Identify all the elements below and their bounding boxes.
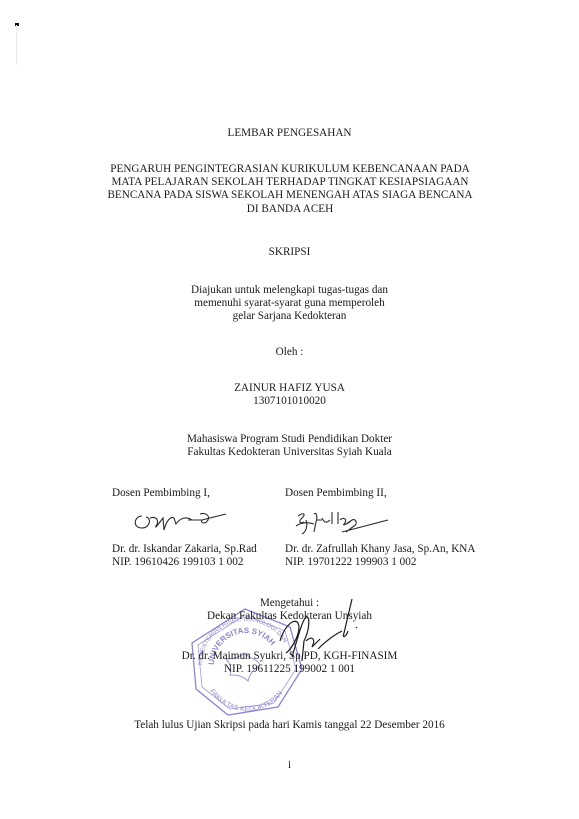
program-block: Mahasiswa Program Studi Pendidikan Dokte… bbox=[0, 433, 579, 459]
page-heading: LEMBAR PENGESAHAN bbox=[0, 127, 579, 140]
svg-text:FAKULTAS KEDOKTERAN: FAKULTAS KEDOKTERAN bbox=[208, 688, 284, 713]
advisor-2-nip: NIP. 19701222 199903 1 002 bbox=[285, 556, 475, 569]
purpose-line: memenuhi syarat-syarat guna memperoleh bbox=[0, 297, 579, 310]
author-name: ZAINUR HAFIZ YUSA bbox=[0, 382, 579, 395]
dean-name: Dr. dr. Maimun Syukri, Sp.PD, KGH-FINASI… bbox=[0, 650, 579, 663]
dean-nip: NIP. 19611225 199002 1 001 bbox=[0, 663, 579, 676]
by-label: Oleh : bbox=[0, 346, 579, 359]
student-id: 1307101010020 bbox=[0, 395, 579, 408]
advisor-2-name: Dr. dr. Zafrullah Khany Jasa, Sp.An, KNA bbox=[285, 543, 475, 556]
advisor-1-signature bbox=[130, 504, 260, 534]
advisor-1-details: Dr. dr. Iskandar Zakaria, Sp.Rad NIP. 19… bbox=[112, 543, 257, 570]
advisor-1-role: Dosen Pembimbing I, bbox=[112, 487, 210, 500]
purpose-line: gelar Sarjana Kedokteran bbox=[0, 310, 579, 323]
advisor-2-signature bbox=[292, 508, 402, 538]
submission-purpose: Diajukan untuk melengkapi tugas-tugas da… bbox=[0, 284, 579, 324]
program-line: Fakultas Kedokteran Universitas Syiah Ku… bbox=[0, 446, 579, 459]
advisor-1-nip: NIP. 19610426 199103 1 002 bbox=[112, 556, 257, 569]
thesis-title-line: PENGARUH PENGINTEGRASIAN KURIKULUM KEBEN… bbox=[90, 163, 490, 176]
advisor-2-role: Dosen Pembimbing II, bbox=[285, 487, 387, 500]
document-page: LEMBAR PENGESAHAN PENGARUH PENGINTEGRASI… bbox=[0, 0, 579, 819]
document-type: SKRIPSI bbox=[0, 246, 579, 259]
page-number: i bbox=[0, 759, 579, 772]
dean-details: Dr. dr. Maimun Syukri, Sp.PD, KGH-FINASI… bbox=[0, 650, 579, 676]
purpose-line: Diajukan untuk melengkapi tugas-tugas da… bbox=[0, 284, 579, 297]
scan-edge-line bbox=[16, 25, 17, 65]
thesis-title-line: MATA PELAJARAN SEKOLAH TERHADAP TINGKAT … bbox=[90, 176, 490, 189]
program-line: Mahasiswa Program Studi Pendidikan Dokte… bbox=[0, 433, 579, 446]
thesis-title: PENGARUH PENGINTEGRASIAN KURIKULUM KEBEN… bbox=[90, 163, 490, 216]
advisor-2-details: Dr. dr. Zafrullah Khany Jasa, Sp.An, KNA… bbox=[285, 543, 475, 570]
exam-passed-statement: Telah lulus Ujian Skripsi pada hari Kami… bbox=[0, 719, 579, 732]
advisor-1-name: Dr. dr. Iskandar Zakaria, Sp.Rad bbox=[112, 543, 257, 556]
thesis-title-line: BENCANA PADA SISWA SEKOLAH MENENGAH ATAS… bbox=[90, 189, 490, 202]
author-block: ZAINUR HAFIZ YUSA 1307101010020 bbox=[0, 382, 579, 408]
thesis-title-line: DI BANDA ACEH bbox=[90, 203, 490, 216]
